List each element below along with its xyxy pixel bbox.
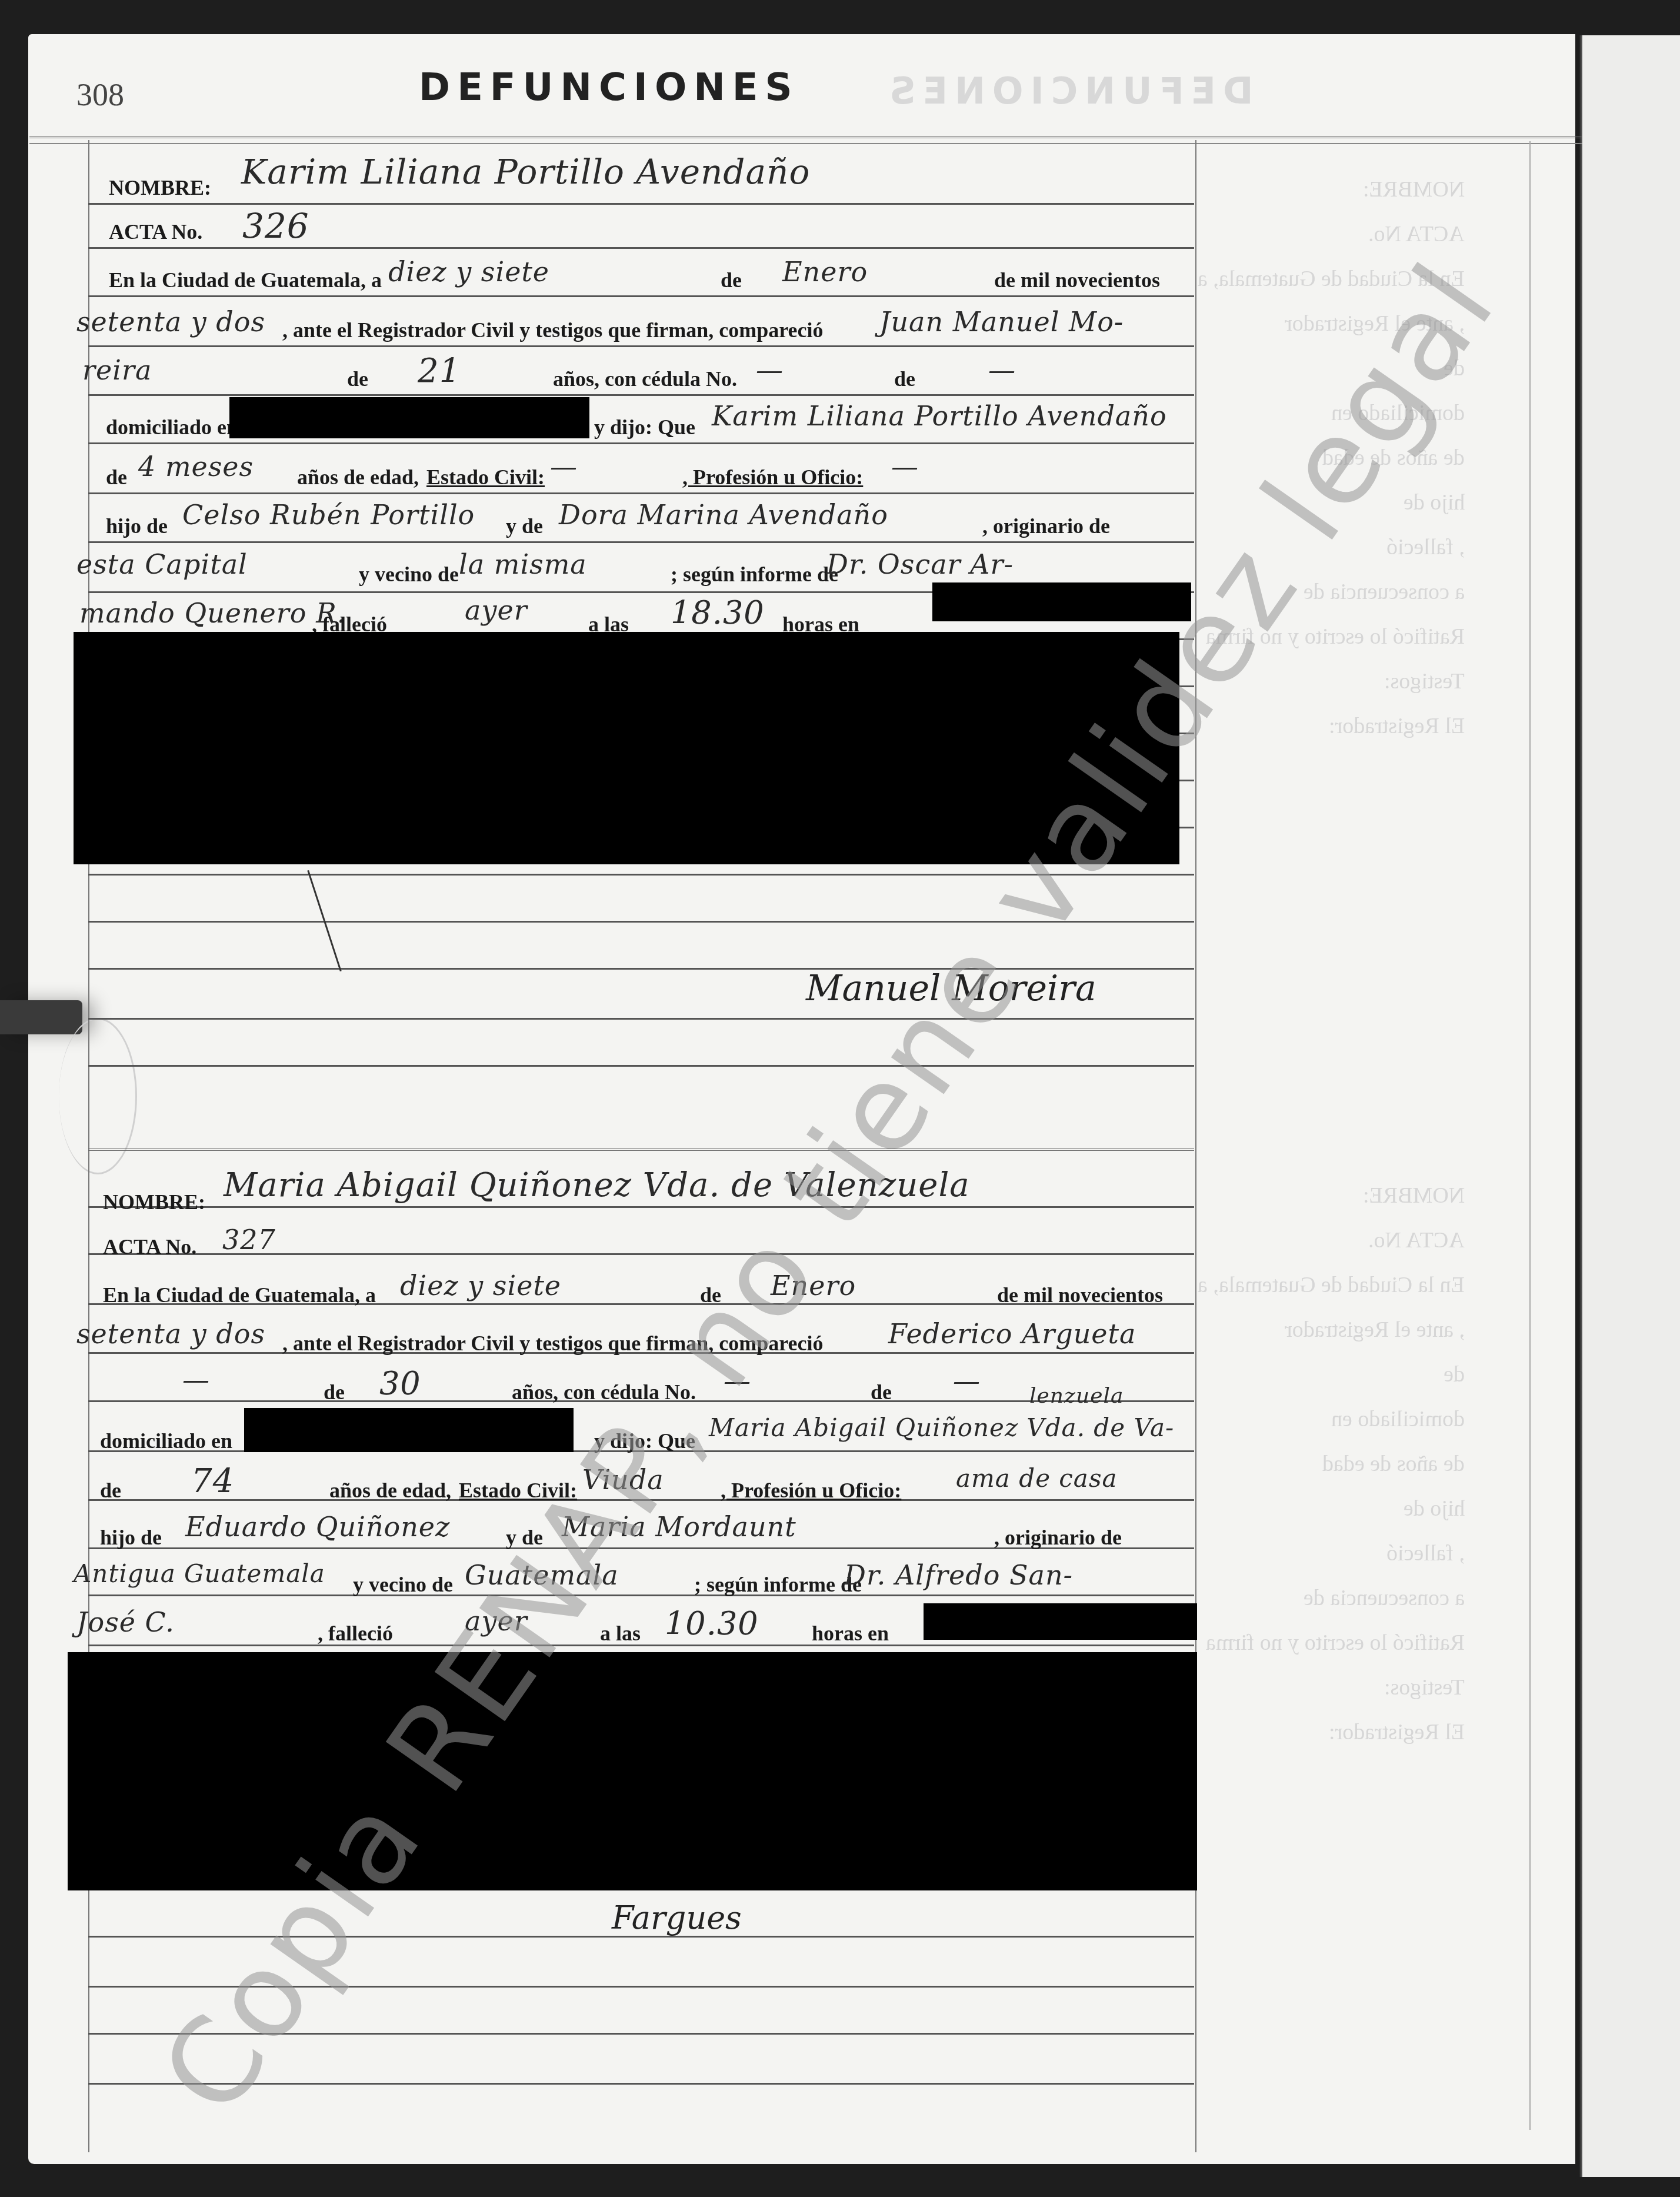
label-mil-novecientos: de mil novecientos — [994, 268, 1160, 292]
field-compareciente: Federico Argueta — [888, 1318, 1136, 1350]
label-horas-en: horas en — [812, 1621, 889, 1646]
label-nombre: NOMBRE: — [103, 1190, 205, 1214]
label-y-de: y de — [506, 514, 543, 538]
bleed-through-line: Testigos: — [1384, 668, 1465, 694]
label-segun: ; según informe de — [671, 562, 838, 587]
label-de: de — [324, 1380, 345, 1404]
field-compareciente-cont: reira — [82, 354, 152, 386]
bleed-through-line: , falleció — [1386, 534, 1465, 560]
bleed-through-line: a consecuencia de — [1304, 1585, 1465, 1611]
bleed-through-line: de — [1444, 1362, 1465, 1387]
label-fallecio: , falleció — [318, 1621, 393, 1646]
label-originario: , originario de — [994, 1525, 1122, 1550]
bleed-through-line: ACTA No. — [1368, 1227, 1465, 1253]
label-profesion: , Profesión u Oficio: — [721, 1478, 901, 1503]
field-cedula-no: — — [756, 354, 784, 386]
field-difunto-cont: lenzuela — [1029, 1384, 1124, 1408]
field-informante: Dr. Oscar Ar- — [826, 548, 1014, 580]
field-profesion: — — [891, 451, 919, 482]
label-de: de — [721, 268, 742, 292]
page-title: DEFUNCIONES — [419, 66, 799, 109]
bleed-through-line: hijo de — [1404, 490, 1465, 515]
field-cedula-de: — — [988, 354, 1016, 386]
label-ante: , ante el Registrador Civil y testigos q… — [282, 318, 824, 342]
bleed-through-line: Testigos: — [1384, 1675, 1465, 1700]
label-acta: ACTA No. — [103, 1234, 196, 1259]
bleed-through-line: Ratificó lo escrito y no firma — [1206, 1630, 1465, 1656]
label-originario: , originario de — [982, 514, 1110, 538]
label-de: de — [871, 1380, 892, 1404]
entry-separator — [88, 1149, 1194, 1151]
bleed-through-line: El Registrador: — [1329, 713, 1465, 739]
field-nombre: Karim Liliana Portillo Avendaño — [241, 152, 810, 192]
field-edad-compareciente: 30 — [379, 1365, 421, 1402]
label-vecino: y vecino de — [359, 562, 459, 587]
binder-clip — [0, 1000, 82, 1034]
bleed-through-title: DEFUNCIONES — [882, 69, 1254, 112]
bleed-through-line: , falleció — [1386, 1540, 1465, 1566]
label-ciudad: En la Ciudad de Guatemala, a — [103, 1283, 376, 1307]
redaction-domicilio — [229, 397, 589, 438]
field-padre: Celso Rubén Portillo — [182, 499, 475, 531]
field-compareciente-cont: — — [182, 1364, 210, 1396]
label-anos-edad: años de edad, — [329, 1478, 451, 1503]
label-nombre: NOMBRE: — [109, 175, 211, 200]
field-edad-difunto: 74 — [191, 1462, 234, 1500]
label-domiciliado: domiciliado en — [106, 415, 238, 440]
label-dijo: y dijo: Que — [594, 415, 695, 440]
label-vecino: y vecino de — [353, 1572, 453, 1597]
label-hijo-de: hijo de — [100, 1525, 162, 1550]
field-anio: setenta y dos — [76, 306, 265, 338]
redaction-lugar — [924, 1603, 1197, 1640]
bleed-through-line: NOMBRE: — [1363, 177, 1465, 202]
field-madre: Dora Marina Avendaño — [559, 499, 888, 531]
field-difunto: Karim Liliana Portillo Avendaño — [712, 400, 1167, 432]
label-anos-edad: años de edad, — [297, 465, 419, 490]
facing-page-edge — [1582, 35, 1680, 2177]
field-dia: diez y siete — [400, 1270, 561, 1301]
bleed-through-line: El Registrador: — [1329, 1719, 1465, 1745]
field-edad-difunto: 4 meses — [138, 451, 254, 482]
label-estado-civil: Estado Civil: — [426, 465, 545, 490]
redaction-domicilio — [244, 1408, 574, 1452]
bleed-through-line: NOMBRE: — [1363, 1183, 1465, 1209]
field-informante-cont: mando Quenero R. — [79, 597, 346, 629]
field-informante-cont: José C. — [76, 1606, 175, 1638]
label-acta: ACTA No. — [109, 219, 202, 244]
bleed-through-line: En la Ciudad de Guatemala, a — [1198, 1272, 1465, 1298]
field-acta-no: 326 — [242, 206, 309, 246]
label-profesion: , Profesión u Oficio: — [682, 465, 863, 490]
field-vecino: la misma — [459, 548, 587, 580]
field-mes: Enero — [782, 256, 868, 288]
field-fallecio: ayer — [465, 594, 528, 626]
label-de: de — [106, 465, 127, 490]
bleed-through-line: hijo de — [1404, 1496, 1465, 1522]
field-originario: esta Capital — [76, 548, 248, 580]
label-ciudad: En la Ciudad de Guatemala, a — [109, 268, 382, 292]
bleed-through-line: de años de edad — [1322, 1451, 1465, 1477]
label-domiciliado: domiciliado en — [100, 1429, 232, 1453]
registrar-signature: Fargues — [612, 1899, 742, 1936]
label-segun: ; según informe de — [694, 1572, 862, 1597]
label-cedula: años, con cédula No. — [553, 367, 737, 391]
bleed-through-line: , ante el Registrador — [1285, 1317, 1465, 1343]
label-mil-novecientos: de mil novecientos — [997, 1283, 1163, 1307]
label-de: de — [100, 1478, 121, 1503]
field-informante: Dr. Alfredo San- — [844, 1559, 1073, 1591]
field-acta-no: 327 — [222, 1224, 276, 1256]
redaction-causa-testigos — [68, 1652, 1197, 1890]
label-de: de — [347, 367, 368, 391]
field-profesion: ama de casa — [956, 1464, 1118, 1493]
field-originario: Antigua Guatemala — [74, 1559, 325, 1588]
field-padre: Eduardo Quiñonez — [185, 1511, 450, 1543]
field-dia: diez y siete — [388, 256, 549, 288]
label-hijo-de: hijo de — [106, 514, 168, 538]
field-hora: 18.30 — [671, 594, 765, 631]
field-anio: setenta y dos — [76, 1318, 265, 1350]
field-edad-compareciente: 21 — [418, 352, 461, 390]
field-hora: 10.30 — [665, 1605, 759, 1642]
field-difunto: Maria Abigail Quiñonez Vda. de Va- — [709, 1413, 1174, 1442]
bleed-through-line: domiciliado en — [1331, 1406, 1465, 1432]
field-compareciente: Juan Manuel Mo- — [879, 306, 1124, 338]
label-de: de — [894, 367, 915, 391]
field-estado-civil: — — [550, 451, 578, 482]
field-cedula-de: — — [953, 1365, 981, 1397]
page-number: 308 — [76, 76, 124, 113]
